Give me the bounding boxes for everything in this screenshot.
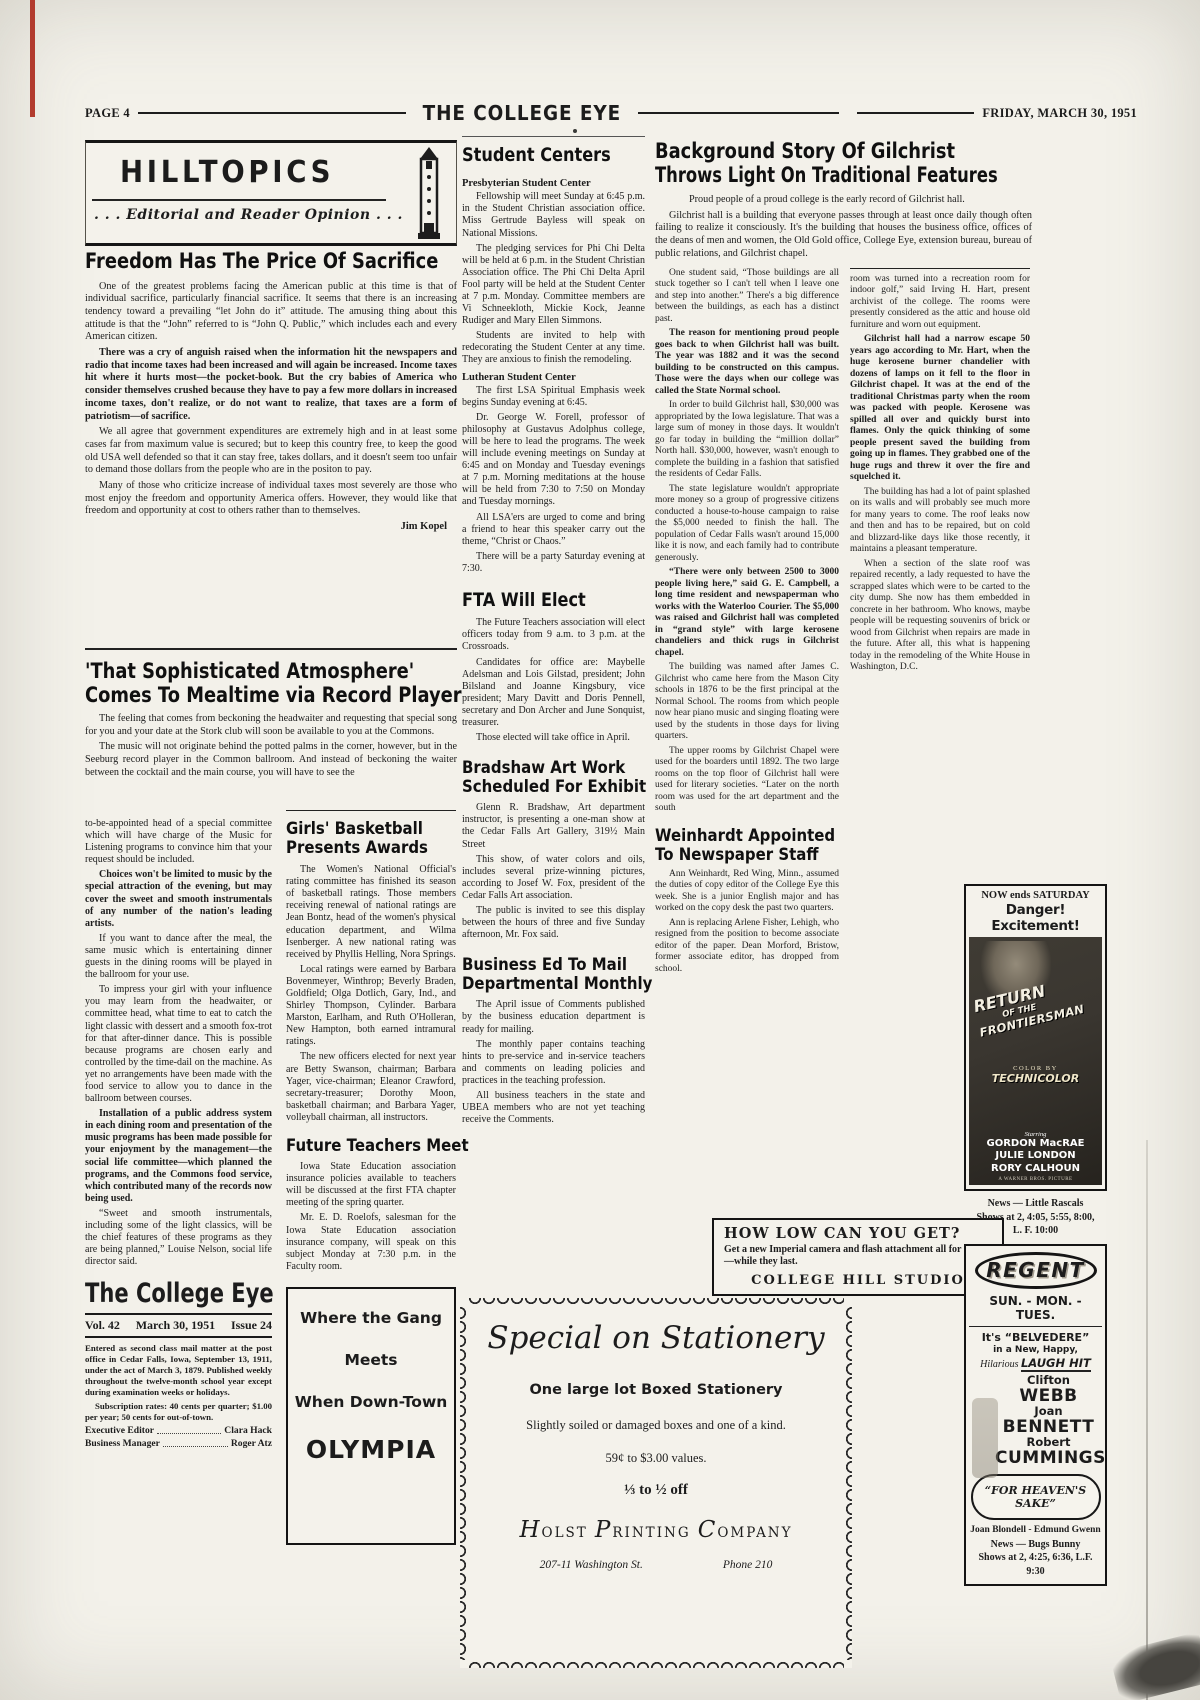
atmosphere-paragraph: The music will not originate behind the …: [85, 741, 457, 779]
laugh-hit-word: LAUGH HIT: [1021, 1356, 1091, 1372]
dotted-leader: [157, 1433, 221, 1434]
stationery-item: One large lot Boxed Stationery: [529, 1382, 782, 1398]
star-name: JULIE LONDON: [969, 1150, 1102, 1163]
gilchrist-paragraph: Gilchrist hall had a narrow escape 50 ye…: [850, 334, 1030, 484]
company-initial: C: [698, 1517, 718, 1543]
gilchrist-paragraph: “There were only between 2500 to 3000 pe…: [655, 567, 839, 659]
weinhardt-paragraph: Ann Weinhardt, Red Wing, Minn., assumed …: [655, 869, 839, 915]
column-left: to-be-appointed head of a special commit…: [85, 818, 272, 1449]
future-teachers-headline: Future Teachers Meet: [286, 1137, 436, 1156]
gilchrist-paragraph: The state legislature wouldn't appropria…: [655, 484, 839, 565]
camera-ad: HOW LOW CAN YOU GET? Get a new Imperial …: [712, 1218, 1004, 1296]
basketball-paragraph: The Women's National Official's rating c…: [286, 864, 456, 961]
camera-ad-studio: COLLEGE HILL STUDIO: [724, 1273, 992, 1288]
scan-red-mark: [30, 0, 35, 117]
stationery-company: HOLST PRINTING COMPANY: [519, 1517, 792, 1543]
company-word: OLST: [542, 1525, 588, 1541]
tagline-line: Hilarious LAUGH HIT: [969, 1356, 1102, 1370]
atmosphere-headline-line1: 'That Sophisticated Atmosphere': [85, 660, 401, 684]
masthead-issue: Issue 24: [231, 1318, 272, 1333]
stationery-title: Special on Stationery: [487, 1320, 824, 1356]
hilltopics-rule: [92, 199, 386, 201]
atmosphere-paragraph: If you want to dance after the meal, the…: [85, 933, 272, 981]
basketball-paragraph: The new officers elected for next year a…: [286, 1051, 456, 1124]
technicolor-line: TECHNICOLOR: [969, 1072, 1102, 1085]
regent-ad: REGENT SUN. - MON. - TUES. It's “BELVEDE…: [964, 1244, 1107, 1587]
film-title-cloud: “FOR HEAVEN'S SAKE”: [971, 1474, 1101, 1520]
header-rule-right1: [638, 112, 839, 114]
gilchrist-paragraph: The building was named after James C. Gi…: [655, 662, 839, 743]
staff-role: Business Manager: [85, 1438, 160, 1449]
regent-showtimes: News — Bugs Bunny Shows at 2, 4:25, 6:36…: [969, 1538, 1102, 1579]
olympia-name: OLYMPIA: [288, 1435, 454, 1464]
hilltopics-title: HILLTOPICS: [120, 155, 334, 190]
news-feature-line: News — Little Rascals: [964, 1197, 1107, 1211]
stationery-address: 207-11 Washington St.: [540, 1559, 643, 1571]
article-gilchrist: Background Story Of Gilchrist Throws Lig…: [655, 140, 1032, 978]
masthead-entered-notice: Entered as second class mail matter at t…: [85, 1343, 272, 1397]
star-last-name: WEBB: [995, 1387, 1102, 1405]
issue-date: FRIDAY, MARCH 30, 1951: [982, 106, 1137, 121]
company-initial: H: [519, 1517, 541, 1543]
business-ed-headline-line1: Business Ed To Mail: [462, 956, 623, 975]
poster-cast: Starring GORDON MacRAE JULIE LONDON RORY…: [969, 1131, 1102, 1183]
camera-ad-headline: HOW LOW CAN YOU GET?: [724, 1225, 992, 1242]
tagline-line: in a New, Happy,: [969, 1345, 1102, 1355]
freedom-paragraph: One of the greatest problems facing the …: [85, 281, 457, 345]
student-centers-paragraph: All LSA'ers are urged to come and bring …: [462, 512, 645, 548]
weinhardt-paragraph: Ann is replacing Arlene Fisher, Lehigh, …: [655, 918, 839, 976]
bradshaw-paragraph: This show, of water colors and oils, inc…: [462, 854, 645, 902]
atmosphere-paragraph: to-be-appointed head of a special commit…: [85, 818, 272, 866]
camera-ad-body: Get a new Imperial camera and flash atta…: [724, 1244, 992, 1268]
star-first-name: Robert: [995, 1436, 1102, 1449]
article-freedom: Freedom Has The Price Of Sacrifice One o…: [85, 250, 457, 532]
scallop-border-right: [843, 1306, 852, 1660]
campanile-icon: [416, 147, 442, 246]
student-centers-headline: Student Centers: [462, 145, 618, 166]
hilltopics-box: HILLTOPICS . . . Editorial and Reader Op…: [85, 140, 457, 246]
star-name: GORDON MacRAE: [969, 1138, 1102, 1151]
dotted-leader: [163, 1446, 228, 1447]
masthead-staff-row: Business Manager Roger Atz: [85, 1438, 272, 1449]
now-showing-line: NOW ends SATURDAY: [969, 890, 1102, 901]
newspaper-page: PAGE 4 THE COLLEGE EYE FRIDAY, MARCH 30,…: [0, 0, 1200, 1700]
bradshaw-paragraph: The public is invited to see this displa…: [462, 905, 645, 941]
olympia-line1: Where the Gang: [288, 1309, 454, 1327]
atmosphere-paragraph: “Sweet and smooth instrumentals, includi…: [85, 1208, 272, 1268]
business-ed-paragraph: The April issue of Comments published by…: [462, 999, 645, 1035]
student-centers-paragraph: The first LSA Spiritual Emphasis week be…: [462, 385, 645, 409]
studio-credit: A WARNER BROS. PICTURE: [969, 1177, 1102, 1182]
student-centers-paragraph: Fellowship will meet Sunday at 6:45 p.m.…: [462, 191, 645, 239]
regent-cast: Clifton WEBB Joan BENNETT Robert CUMMING…: [969, 1374, 1102, 1467]
gilchrist-headline-line1: Background Story Of Gilchrist: [655, 140, 975, 164]
showtimes-block: News — Little Rascals Shows at 2, 4:05, …: [964, 1197, 1107, 1238]
basketball-headline-line1: Girls' Basketball: [286, 820, 436, 839]
masthead-volume: Vol. 42: [85, 1318, 120, 1333]
student-centers-paragraph: Students are invited to help with redeco…: [462, 330, 645, 366]
star-name: RORY CALHOUN: [969, 1163, 1102, 1176]
stationery-phone: Phone 210: [723, 1559, 773, 1571]
basketball-headline-line2: Presents Awards: [286, 839, 436, 858]
business-ed-headline-line2: Departmental Monthly: [462, 975, 623, 994]
future-teachers-paragraph: Iowa State Education association insuran…: [286, 1161, 456, 1209]
news-feature-line: News — Bugs Bunny: [969, 1538, 1102, 1552]
gilchrist-paragraph: Gilchrist hall is a building that everyo…: [655, 210, 1032, 261]
presbyterian-subhead: Presbyterian Student Center: [462, 178, 645, 189]
column-c: Student Centers Presbyterian Student Cen…: [462, 136, 645, 1129]
atmosphere-paragraph: To impress your girl with your influence…: [85, 984, 272, 1105]
danger-line: Danger! Excitement!: [969, 902, 1102, 934]
gilchrist-paragraph: The upper rooms by Gilchrist Chapel were…: [655, 746, 839, 815]
hilltopics-subtitle: . . . Editorial and Reader Opinion . . .: [94, 207, 403, 223]
gilchrist-paragraph: When a section of the slate roof was rep…: [850, 559, 1030, 674]
costars-line: Joan Blondell - Edmund Gwenn: [969, 1525, 1102, 1535]
header-rule-right2: [857, 112, 974, 114]
company-word: OMPANY: [717, 1525, 792, 1541]
gilchrist-column-1: One student said, “Those buildings are a…: [655, 268, 839, 979]
masthead-subscription: Subscription rates: 40 cents per quarter…: [85, 1401, 272, 1423]
masthead-staff-row: Executive Editor Clara Hack: [85, 1425, 272, 1436]
fta-headline: FTA Will Elect: [462, 590, 618, 611]
star-last-name: BENNETT: [995, 1418, 1102, 1436]
fta-paragraph: Candidates for office are: Maybelle Adel…: [462, 657, 645, 730]
freedom-byline: Jim Kopel: [85, 521, 457, 532]
star-last-name: CUMMINGS: [995, 1449, 1102, 1467]
freedom-paragraph: Many of those who criticize increase of …: [85, 480, 457, 518]
company-word: RINTING: [612, 1525, 690, 1541]
atmosphere-paragraph: Choices won't be limited to music by the…: [85, 869, 272, 929]
company-initial: P: [595, 1517, 612, 1543]
olympia-ad: Where the Gang Meets When Down-Town OLYM…: [286, 1287, 456, 1545]
section-divider: [85, 648, 457, 650]
showtim es-line: L. F. 10:00: [964, 1224, 1107, 1238]
gilchrist-paragraph: room was turned into a recreation room f…: [850, 274, 1030, 332]
future-teachers-paragraph: Mr. E. D. Roelofs, salesman for the Iowa…: [286, 1212, 456, 1272]
atmosphere-headline-line2: Comes To Mealtime via Record Player: [85, 684, 401, 708]
column-b: Girls' Basketball Presents Awards The Wo…: [286, 810, 456, 1545]
frontiersman-poster: RETURN OF THE FRONTIERSMAN COLOR BY TECH…: [969, 937, 1102, 1185]
scan-speck: [573, 129, 577, 133]
masthead-date: March 30, 1951: [136, 1318, 215, 1333]
newspaper-title: THE COLLEGE EYE: [423, 101, 621, 125]
page-header: PAGE 4 THE COLLEGE EYE FRIDAY, MARCH 30,…: [85, 101, 1137, 125]
weinhardt-headline-line2: To Newspaper Staff: [655, 846, 817, 865]
pipe-man-image: [972, 1398, 998, 1478]
page-number: PAGE 4: [85, 106, 130, 121]
showtimes-line: Shows at 2, 4:05, 5:55, 8:00,: [964, 1211, 1107, 1225]
hilarious-word: Hilarious: [980, 1359, 1018, 1370]
bradshaw-paragraph: Glenn R. Bradshaw, Art department instru…: [462, 802, 645, 850]
starring-label: Starring: [969, 1131, 1102, 1138]
olympia-line2: Meets: [288, 1351, 454, 1369]
freedom-headline: Freedom Has The Price Of Sacrifice: [85, 250, 401, 274]
fta-paragraph: Those elected will take office in April.: [462, 732, 645, 744]
gilchrist-paragraph: In order to build Gilchrist hall, $30,00…: [655, 400, 839, 481]
scan-fold-line: [1146, 1140, 1148, 1700]
stationery-ad: Special on Stationery One large lot Boxe…: [460, 1298, 852, 1668]
staff-name: Roger Atz: [231, 1438, 272, 1449]
student-centers-paragraph: The pledging services for Phi Chi Delta …: [462, 243, 645, 328]
showtimes-line: Shows at 2, 4:25, 6:36, L.F. 9:30: [969, 1551, 1102, 1578]
bradshaw-headline-line2: Scheduled For Exhibit: [462, 778, 623, 797]
masthead-volume-row: Vol. 42 March 30, 1951 Issue 24: [85, 1313, 272, 1338]
staff-role: Executive Editor: [85, 1425, 154, 1436]
business-ed-paragraph: All business teachers in the state and U…: [462, 1090, 645, 1126]
masthead-title: The College Eye: [85, 1278, 231, 1309]
star-first-name: Joan: [995, 1405, 1102, 1418]
gilchrist-paragraph: Proud people of a proud college is the e…: [655, 194, 1032, 207]
scan-ink-blob: [1109, 1632, 1200, 1700]
basketball-paragraph: Local ratings were earned by Barbara Bov…: [286, 964, 456, 1049]
atmosphere-paragraph: The feeling that comes from beckoning th…: [85, 713, 457, 738]
stationery-condition: Slightly soiled or damaged boxes and one…: [526, 1418, 786, 1433]
business-ed-paragraph: The monthly paper contains teaching hint…: [462, 1039, 645, 1087]
regent-theater-logo: REGENT: [975, 1252, 1097, 1289]
gilchrist-headline-line2: Throws Light On Traditional Features: [655, 164, 949, 188]
fta-paragraph: The Future Teachers association will ele…: [462, 617, 645, 653]
bradshaw-headline-line1: Bradshaw Art Work: [462, 759, 623, 778]
movie-ads-column: NOW ends SATURDAY Danger! Excitement! RE…: [964, 884, 1107, 1586]
scallop-border-bottom: [468, 1659, 844, 1668]
weinhardt-headline-line1: Weinhardt Appointed: [655, 827, 817, 846]
atmosphere-paragraph: Installation of a public address system …: [85, 1108, 272, 1205]
frontiersman-ad: NOW ends SATURDAY Danger! Excitement! RE…: [964, 884, 1107, 1191]
star-first-name: Clifton: [995, 1374, 1102, 1387]
stationery-discount: ⅓ to ½ off: [624, 1482, 688, 1499]
lutheran-subhead: Lutheran Student Center: [462, 372, 645, 383]
article-atmosphere-top: 'That Sophisticated Atmosphere' Comes To…: [85, 660, 457, 783]
scallop-border-top: [468, 1298, 844, 1307]
student-centers-paragraph: Dr. George W. Forell, professor of philo…: [462, 412, 645, 509]
stationery-values: 59¢ to $3.00 values.: [605, 1451, 706, 1466]
gilchrist-column-2: room was turned into a recreation room f…: [850, 268, 1030, 979]
freedom-paragraph: We all agree that government expenditure…: [85, 426, 457, 477]
belvedere-tagline: It's “BELVEDERE” in a New, Happy, Hilari…: [969, 1326, 1102, 1370]
gilchrist-paragraph: One student said, “Those buildings are a…: [655, 268, 839, 326]
student-centers-paragraph: There will be a party Saturday evening a…: [462, 551, 645, 575]
header-rule-left: [138, 112, 406, 114]
technicolor-label: COLOR BY TECHNICOLOR: [969, 1065, 1102, 1085]
gilchrist-paragraph: The reason for mentioning proud people g…: [655, 328, 839, 397]
gilchrist-paragraph: The building has had a lot of paint spla…: [850, 487, 1030, 556]
staff-name: Clara Hack: [224, 1425, 272, 1436]
regent-days: SUN. - MON. - TUES.: [969, 1294, 1102, 1322]
tagline-line: It's “BELVEDERE”: [969, 1331, 1102, 1344]
olympia-line3: When Down-Town: [288, 1393, 454, 1411]
color-by-line: COLOR BY: [969, 1065, 1102, 1072]
scallop-border-left: [460, 1306, 469, 1660]
freedom-paragraph: There was a cry of anguish raised when t…: [85, 347, 457, 423]
